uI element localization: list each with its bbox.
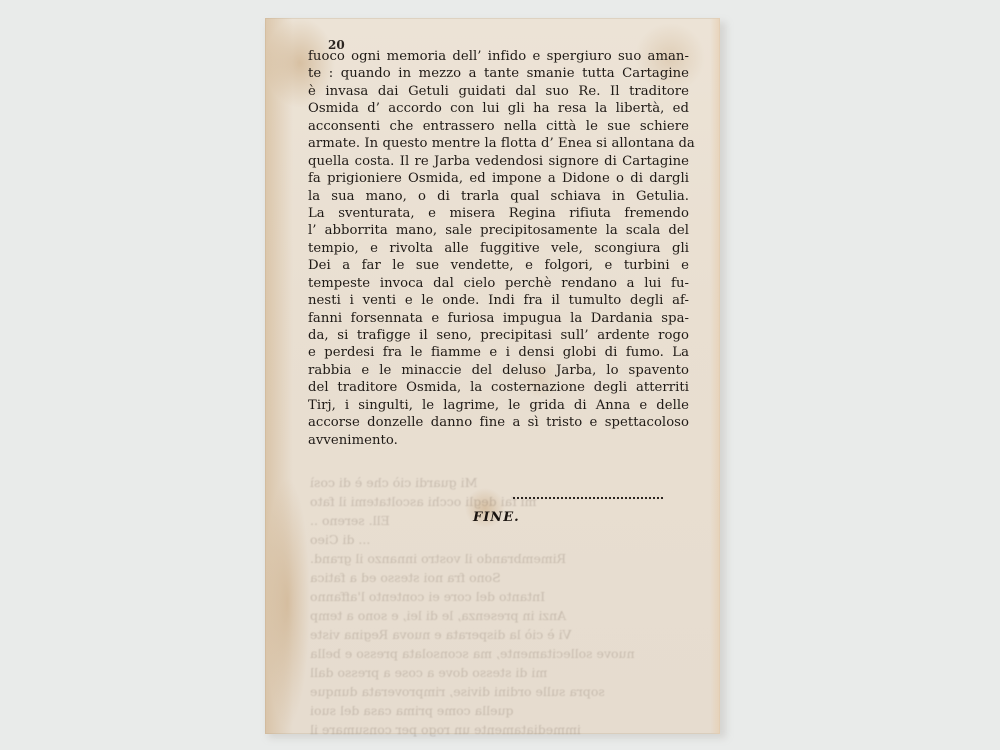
page-edge-right bbox=[710, 18, 720, 734]
text-line: Tirj, i singulti, le lagrime, le grida d… bbox=[308, 397, 689, 414]
text-line: da, si trafigge il seno, precipitasi sul… bbox=[308, 327, 689, 344]
text-line: avvenimento. bbox=[308, 432, 689, 449]
text-line: tempio, e rivolta alle fuggitive vele, s… bbox=[308, 240, 689, 257]
stain-bottom-left bbox=[265, 478, 310, 728]
text-line: nesti i venti e le onde. Indi fra il tum… bbox=[308, 292, 689, 309]
text-line: La sventurata, e misera Regina rifiuta f… bbox=[308, 205, 689, 222]
text-line: fuoco ogni memoria dell’ infido e spergi… bbox=[308, 48, 689, 65]
text-line: quella costa. Il re Jarba vedendosi sign… bbox=[308, 153, 689, 170]
text-line: è invasa dai Getuli guidati dal suo Re. … bbox=[308, 83, 689, 100]
text-line: Dei a far le sue vendette, e folgori, e … bbox=[308, 257, 689, 274]
text-line: fa prigioniere Osmida, ed impone a Didon… bbox=[308, 170, 689, 187]
text-line: rabbia e le minaccie del deluso Jarba, l… bbox=[308, 362, 689, 379]
text-line: l’ abborrita mano, sale precipitosamente… bbox=[308, 222, 689, 239]
text-line: fanni forsennata e furiosa impugua la Da… bbox=[308, 310, 689, 327]
text-line: Osmida d’ accordo con lui gli ha resa la… bbox=[308, 100, 689, 117]
text-line: accorse donzelle danno fine a sì tristo … bbox=[308, 414, 689, 431]
text-line: e perdesi fra le fiamme e i densi globi … bbox=[308, 344, 689, 361]
text-line: acconsenti che entrassero nella città le… bbox=[308, 118, 689, 135]
document-page: 20 fuoco ogni memoria dell’ infido e spe… bbox=[265, 18, 720, 734]
text-line: tempeste invoca dal cielo perchè rendano… bbox=[308, 275, 689, 292]
body-text: fuoco ogni memoria dell’ infido e spergi… bbox=[308, 48, 689, 449]
text-line: del traditore Osmida, la costernazione d… bbox=[308, 379, 689, 396]
text-line: la sua mano, o di trarla qual schiava in… bbox=[308, 188, 689, 205]
dotted-separator bbox=[513, 497, 663, 499]
end-mark: FINE. bbox=[473, 510, 520, 525]
text-line: armate. In questo mentre la flotta d’ En… bbox=[308, 135, 689, 152]
text-line: te : quando in mezzo a tante smanie tutt… bbox=[308, 65, 689, 82]
